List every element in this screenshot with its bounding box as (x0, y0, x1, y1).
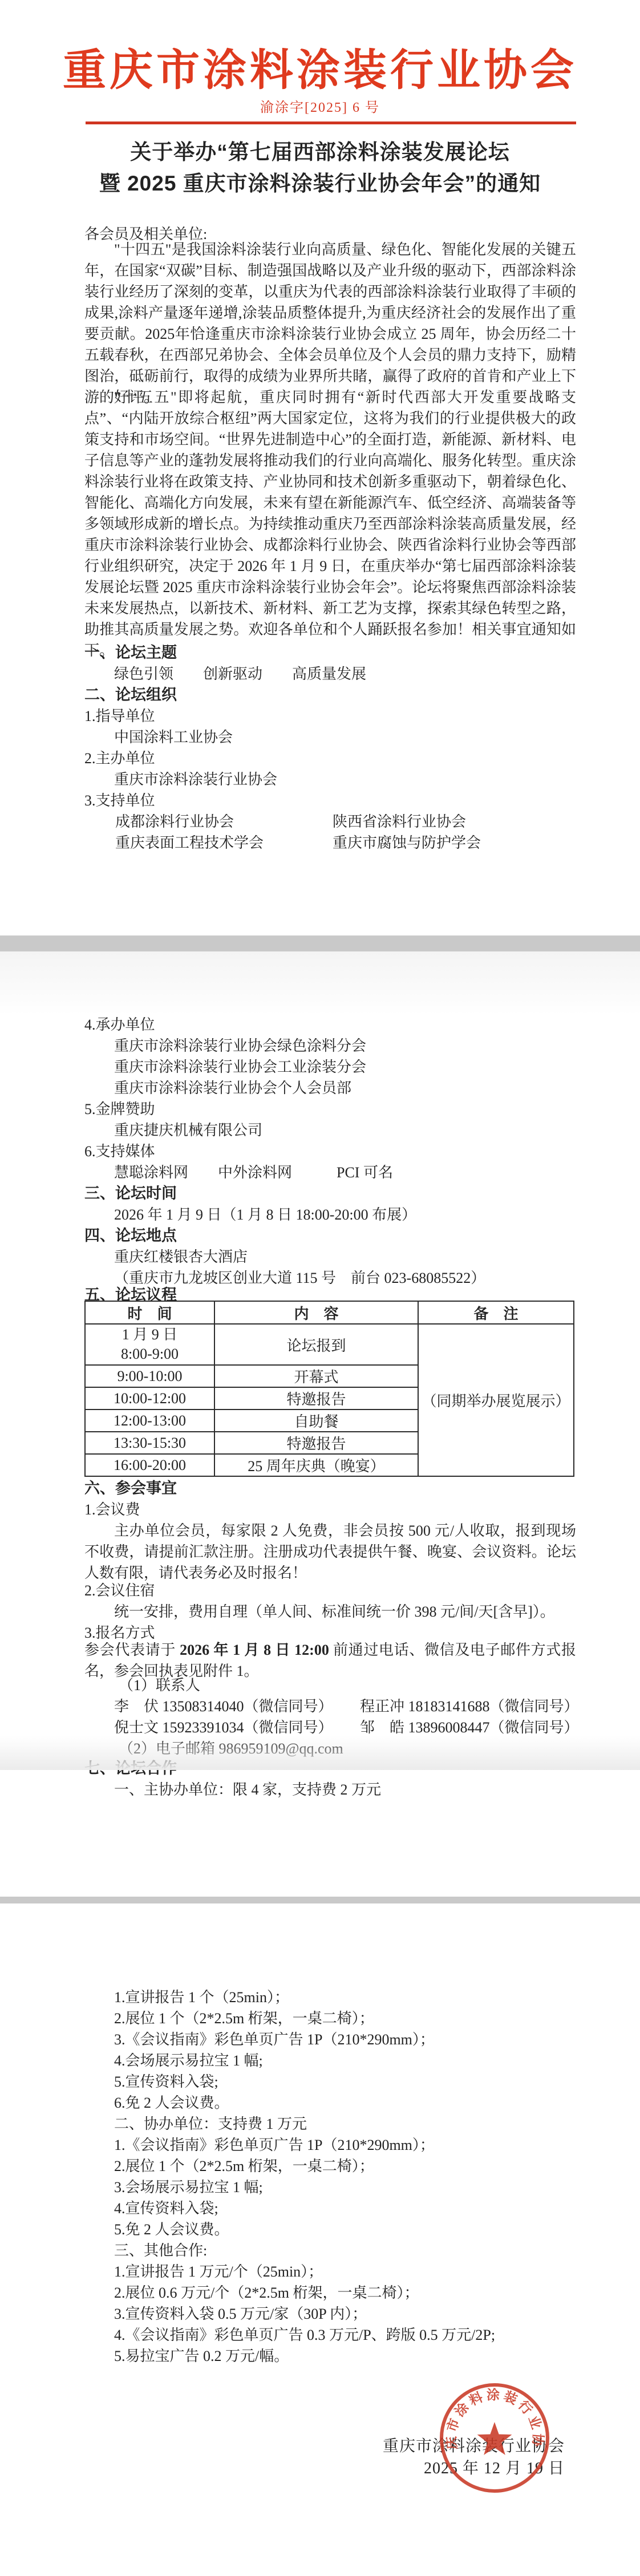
agenda-content-cell: 25 周年庆典（晚宴） (214, 1454, 418, 1476)
section-heading-organization: 二、论坛组织 (84, 684, 177, 706)
agenda-header-note: 备 注 (418, 1301, 574, 1324)
register-text: 参会代表请于 (84, 1642, 180, 1658)
benefit-item: 1.《会议指南》彩色单页广告 1P（210*290mm）； (114, 2134, 495, 2156)
lodging-label: 2.会议住宿 (84, 1580, 155, 1601)
fee-paragraph: 主办单位会员，每家限 2 人免费，非会员按 500 元/人收取，报到现场不收费，… (84, 1520, 576, 1583)
section-heading-theme: 一、论坛主题 (84, 642, 177, 663)
contact-person: 邹 皓 13896008447（微信同号） (360, 1717, 579, 1738)
other-item: 3.宣传资料入袋 0.5 万元/家（30P 内）； (114, 2303, 495, 2324)
host-unit-value: 重庆市涂料涂装行业协会 (114, 769, 277, 790)
benefit-item: 3.《会议指南》彩色单页广告 1P（210*290mm）； (114, 2029, 495, 2050)
agenda-content-cell: 论坛报到 (214, 1324, 418, 1365)
agenda-time-cell: 1 月 9 日 8:00-9:00 (85, 1324, 214, 1365)
agenda-content-cell: 开幕式 (214, 1365, 418, 1387)
gold-sponsor-label: 5.金牌赞助 (84, 1099, 155, 1120)
benefit-item: 4.会场展示易拉宝 1 幅; (114, 2050, 495, 2071)
organizer-unit: 重庆市涂料涂装行业协会个人会员部 (114, 1078, 351, 1099)
intro-paragraph-2: "十五五"即将起航，重庆同时拥有“新时代西部大开发重要战略支点”、“内陆开放综合… (84, 387, 576, 661)
contact-person: 李 伏 13508314040（微信同号） (114, 1696, 333, 1717)
contact-label: （1）联系人 (119, 1675, 200, 1696)
register-deadline: 2026 年 1 月 8 日 12:00 (180, 1642, 329, 1658)
page-edge-shadow (0, 1736, 640, 1770)
host-unit-label: 2.主办单位 (84, 748, 155, 769)
other-item: 5.易拉宝广告 0.2 万元/幅。 (114, 2346, 495, 2367)
agenda-header-row: 时 间 内 容 备 注 (85, 1301, 574, 1324)
letterhead-org-title: 重庆市涂料涂装行业协会 (0, 35, 640, 98)
notice-document: 重庆市涂料涂装行业协会 渝涂字[2025] 6 号 关于举办“第七届西部涂料涂装… (0, 0, 640, 2576)
benefit-item: 2.展位 1 个（2*2.5m 桁架，一桌二椅）； (114, 2008, 495, 2029)
cooperation-benefit-list: 1.宣讲报告 1 个（25min）； 2.展位 1 个（2*2.5m 桁架，一桌… (114, 1987, 495, 2367)
agenda-time-cell: 12:00-13:00 (85, 1409, 214, 1432)
forum-theme: 绿色引领 创新驱动 高质量发展 (114, 663, 366, 684)
agenda-time-cell: 9:00-10:00 (85, 1365, 214, 1387)
agenda-note-cell: （同期举办展览展示） (418, 1324, 574, 1476)
page-edge-shadow (0, 951, 640, 1015)
forum-time: 2026 年 1 月 9 日（1 月 8 日 18:00-20:00 布展） (114, 1204, 416, 1225)
media-value: 慧聪涂料网 中外涂料网 PCI 可名 (114, 1162, 393, 1183)
media-label: 6.支持媒体 (84, 1141, 155, 1162)
support-unit: 重庆表面工程技术学会 (115, 832, 264, 853)
agenda-header-time: 时 间 (85, 1301, 214, 1324)
lodging-text: 统一安排，费用自理（单人间、标准间统一价 398 元/间/天[含早]）。 (114, 1601, 555, 1622)
agenda-table: 时 间 内 容 备 注 1 月 9 日 8:00-9:00 论坛报到 （同期举办… (84, 1301, 574, 1477)
support-unit: 陕西省涂料行业协会 (333, 811, 466, 832)
organizer-label: 4.承办单位 (84, 1014, 155, 1035)
section-heading-venue: 四、论坛地点 (84, 1225, 177, 1246)
agenda-time: 8:00-9:00 (86, 1344, 214, 1364)
contact-person: 倪士文 15923391034（微信同号） (114, 1717, 333, 1738)
support-unit: 成都涂料行业协会 (115, 811, 234, 832)
official-seal: 重庆市涂料涂装行业协会 (432, 2375, 557, 2501)
benefit-item: 1.宣讲报告 1 个（25min）； (114, 1987, 495, 2008)
benefit-item: 5.免 2 人会议费。 (114, 2219, 495, 2240)
page-separator (0, 1897, 640, 1903)
letterhead-rule (86, 121, 576, 124)
page-separator (0, 935, 640, 951)
other-item: 1.宣讲报告 1 万元/个（25min）； (114, 2261, 495, 2282)
cooperation-other-item: 三、其他合作: (114, 2240, 495, 2261)
fee-label: 1.会议费 (84, 1499, 140, 1520)
organizer-unit: 重庆市涂料涂装行业协会工业涂装分会 (114, 1056, 366, 1078)
benefit-item: 4.宣传资料入袋; (114, 2198, 495, 2219)
agenda-content-cell: 特邀报告 (214, 1387, 418, 1409)
contact-person: 程正冲 18183141688（微信同号） (360, 1696, 579, 1717)
benefit-item: 5.宣传资料入袋; (114, 2071, 495, 2092)
guide-unit-value: 中国涂料工业协会 (114, 727, 233, 748)
intro-paragraph-1: "十四五"是我国涂料涂装行业向高质量、绿色化、智能化发展的关键五年，在国家“双碳… (84, 239, 576, 408)
forum-venue: 重庆红楼银杏大酒店 (114, 1246, 248, 1267)
support-unit: 重庆市腐蚀与防护学会 (333, 832, 481, 853)
agenda-date: 1 月 9 日 (86, 1325, 214, 1344)
other-item: 4.《会议指南》彩色单页广告 0.3 万元/P、跨版 0.5 万元/2P; (114, 2324, 495, 2346)
agenda-time-cell: 13:30-15:30 (85, 1432, 214, 1454)
benefit-item: 2.展位 1 个（2*2.5m 桁架，一桌二椅）； (114, 2156, 495, 2177)
agenda-content-cell: 特邀报告 (214, 1432, 418, 1454)
organizer-unit: 重庆市涂料涂装行业协会绿色涂料分会 (114, 1035, 366, 1056)
cooperation-main-item: 一、主协办单位：限 4 家，支持费 2 万元 (114, 1779, 381, 1800)
agenda-time-cell: 16:00-20:00 (85, 1454, 214, 1476)
section-heading-time: 三、论坛时间 (84, 1183, 177, 1204)
doc-number: 渝涂字[2025] 6 号 (0, 96, 640, 116)
cooperation-co-item: 二、协办单位：支持费 1 万元 (114, 2113, 495, 2134)
agenda-time-cell: 10:00-12:00 (85, 1387, 214, 1409)
agenda-header-content: 内 容 (214, 1301, 418, 1324)
benefit-item: 6.免 2 人会议费。 (114, 2092, 495, 2113)
support-unit-label: 3.支持单位 (84, 790, 155, 811)
guide-unit-label: 1.指导单位 (84, 706, 155, 727)
section-heading-participation: 六、参会事宜 (84, 1478, 177, 1499)
other-item: 2.展位 0.6 万元/个（2*2.5m 桁架，一桌二椅）； (114, 2282, 495, 2303)
seal-star-icon (477, 2422, 512, 2455)
notice-title-line1: 关于举办“第七届西部涂料涂装发展论坛 (0, 135, 640, 165)
agenda-row: 1 月 9 日 8:00-9:00 论坛报到 （同期举办展览展示） (85, 1324, 574, 1365)
gold-sponsor-value: 重庆捷庆机械有限公司 (114, 1120, 262, 1141)
notice-title-line2: 暨 2025 重庆市涂料涂装行业协会年会”的通知 (0, 166, 640, 197)
benefit-item: 3.会场展示易拉宝 1 幅; (114, 2177, 495, 2198)
agenda-content-cell: 自助餐 (214, 1409, 418, 1432)
